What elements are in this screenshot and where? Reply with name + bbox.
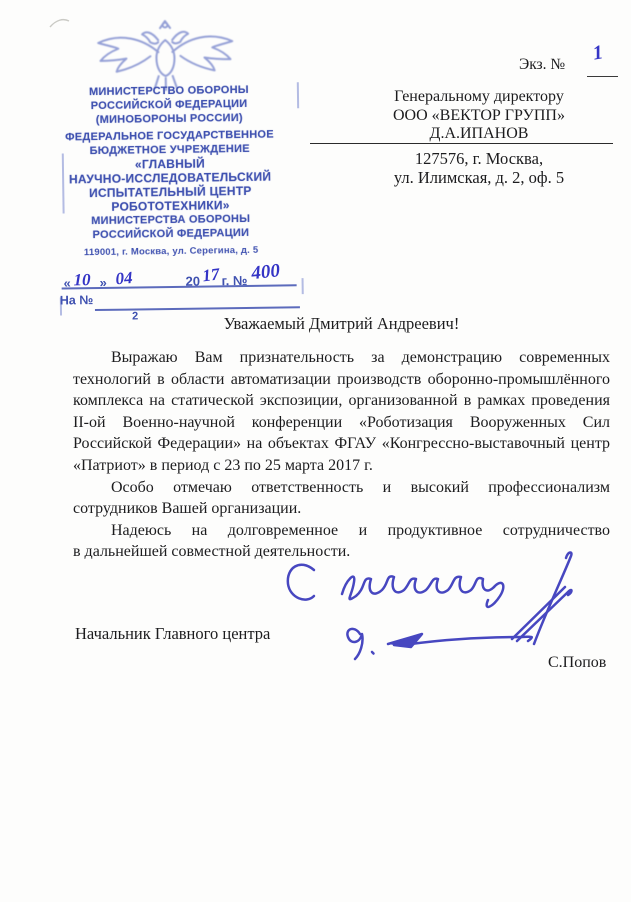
stamp-frame-artifact [60, 298, 62, 316]
body-line: Особо отмечаю ответственность и высокий … [73, 477, 610, 499]
handwritten-exemplar-number: 1 [591, 41, 605, 65]
body-line: Надеюсь на долговременное и продуктивное… [73, 520, 610, 542]
body-line: Выражаю Вам признательность за демонстра… [73, 347, 610, 369]
double-headed-eagle-icon [90, 17, 241, 93]
addressee-block: Генеральному директору ООО «ВЕКТОР ГРУПП… [376, 88, 582, 144]
addressee-company: ООО «ВЕКТОР ГРУПП» [376, 107, 582, 126]
body-line: II-ой Военно-научной конференции «Роботи… [73, 412, 610, 434]
body-line: технологий в области автоматизации произ… [73, 369, 610, 391]
salutation: Уважаемый Дмитрий Андреевич! [73, 314, 610, 334]
handwritten-outgoing-number: 400 [250, 260, 281, 285]
addressee-address-line: ул. Илимская, д. 2, оф. 5 [368, 168, 590, 187]
signer-name: С.Попов [548, 654, 606, 672]
incoming-label: На № [60, 293, 94, 307]
handwritten-signature-icon [276, 546, 606, 668]
signer-position-title: Начальник Главного центра [75, 624, 270, 644]
body-line: сотрудников Вашей организации. [73, 498, 610, 520]
addressee-address-line: 127576, г. Москва, [368, 149, 590, 168]
scanned-letter-page: МИНИСТЕРСТВО ОБОРОНЫ РОССИЙСКОЙ ФЕДЕРАЦИ… [0, 0, 631, 902]
stamp-frame-artifact [302, 278, 304, 294]
body-line: комплекса на статической экспозиции, орг… [73, 390, 610, 412]
addressee-position: Генеральному директору [376, 88, 582, 107]
body-line: «Патриот» в период с 23 по 25 марта 2017… [73, 455, 610, 477]
addressee-divider-line [310, 143, 613, 144]
stamp-organization-name: МИНИСТЕРСТВО ОБОРОНЫ РОССИЙСКОЙ ФЕДЕРАЦИ… [53, 82, 287, 242]
exemplar-underline [587, 76, 618, 77]
stamp-frame-artifact [297, 82, 299, 108]
letter-body: Выражаю Вам признательность за демонстра… [73, 347, 610, 563]
body-line: Российской Федерации» на объектах ФГАУ «… [73, 433, 610, 455]
addressee-name: Д.А.ИПАНОВ [376, 125, 582, 144]
handwritten-year: 17 [201, 265, 220, 287]
stamp-postal-address: 119001, г. Москва, ул. Серегина, д. 5 [55, 244, 287, 258]
letterhead-stamp: МИНИСТЕРСТВО ОБОРОНЫ РОССИЙСКОЙ ФЕДЕРАЦИ… [48, 12, 292, 325]
exemplar-label: Экз. № [519, 56, 565, 74]
stamp-line: РОССИЙСКОЙ ФЕДЕРАЦИИ [55, 225, 287, 242]
addressee-address: 127576, г. Москва, ул. Илимская, д. 2, о… [368, 149, 590, 187]
stamp-line: (МИНОБОРОНЫ РОССИИ) [53, 110, 285, 127]
